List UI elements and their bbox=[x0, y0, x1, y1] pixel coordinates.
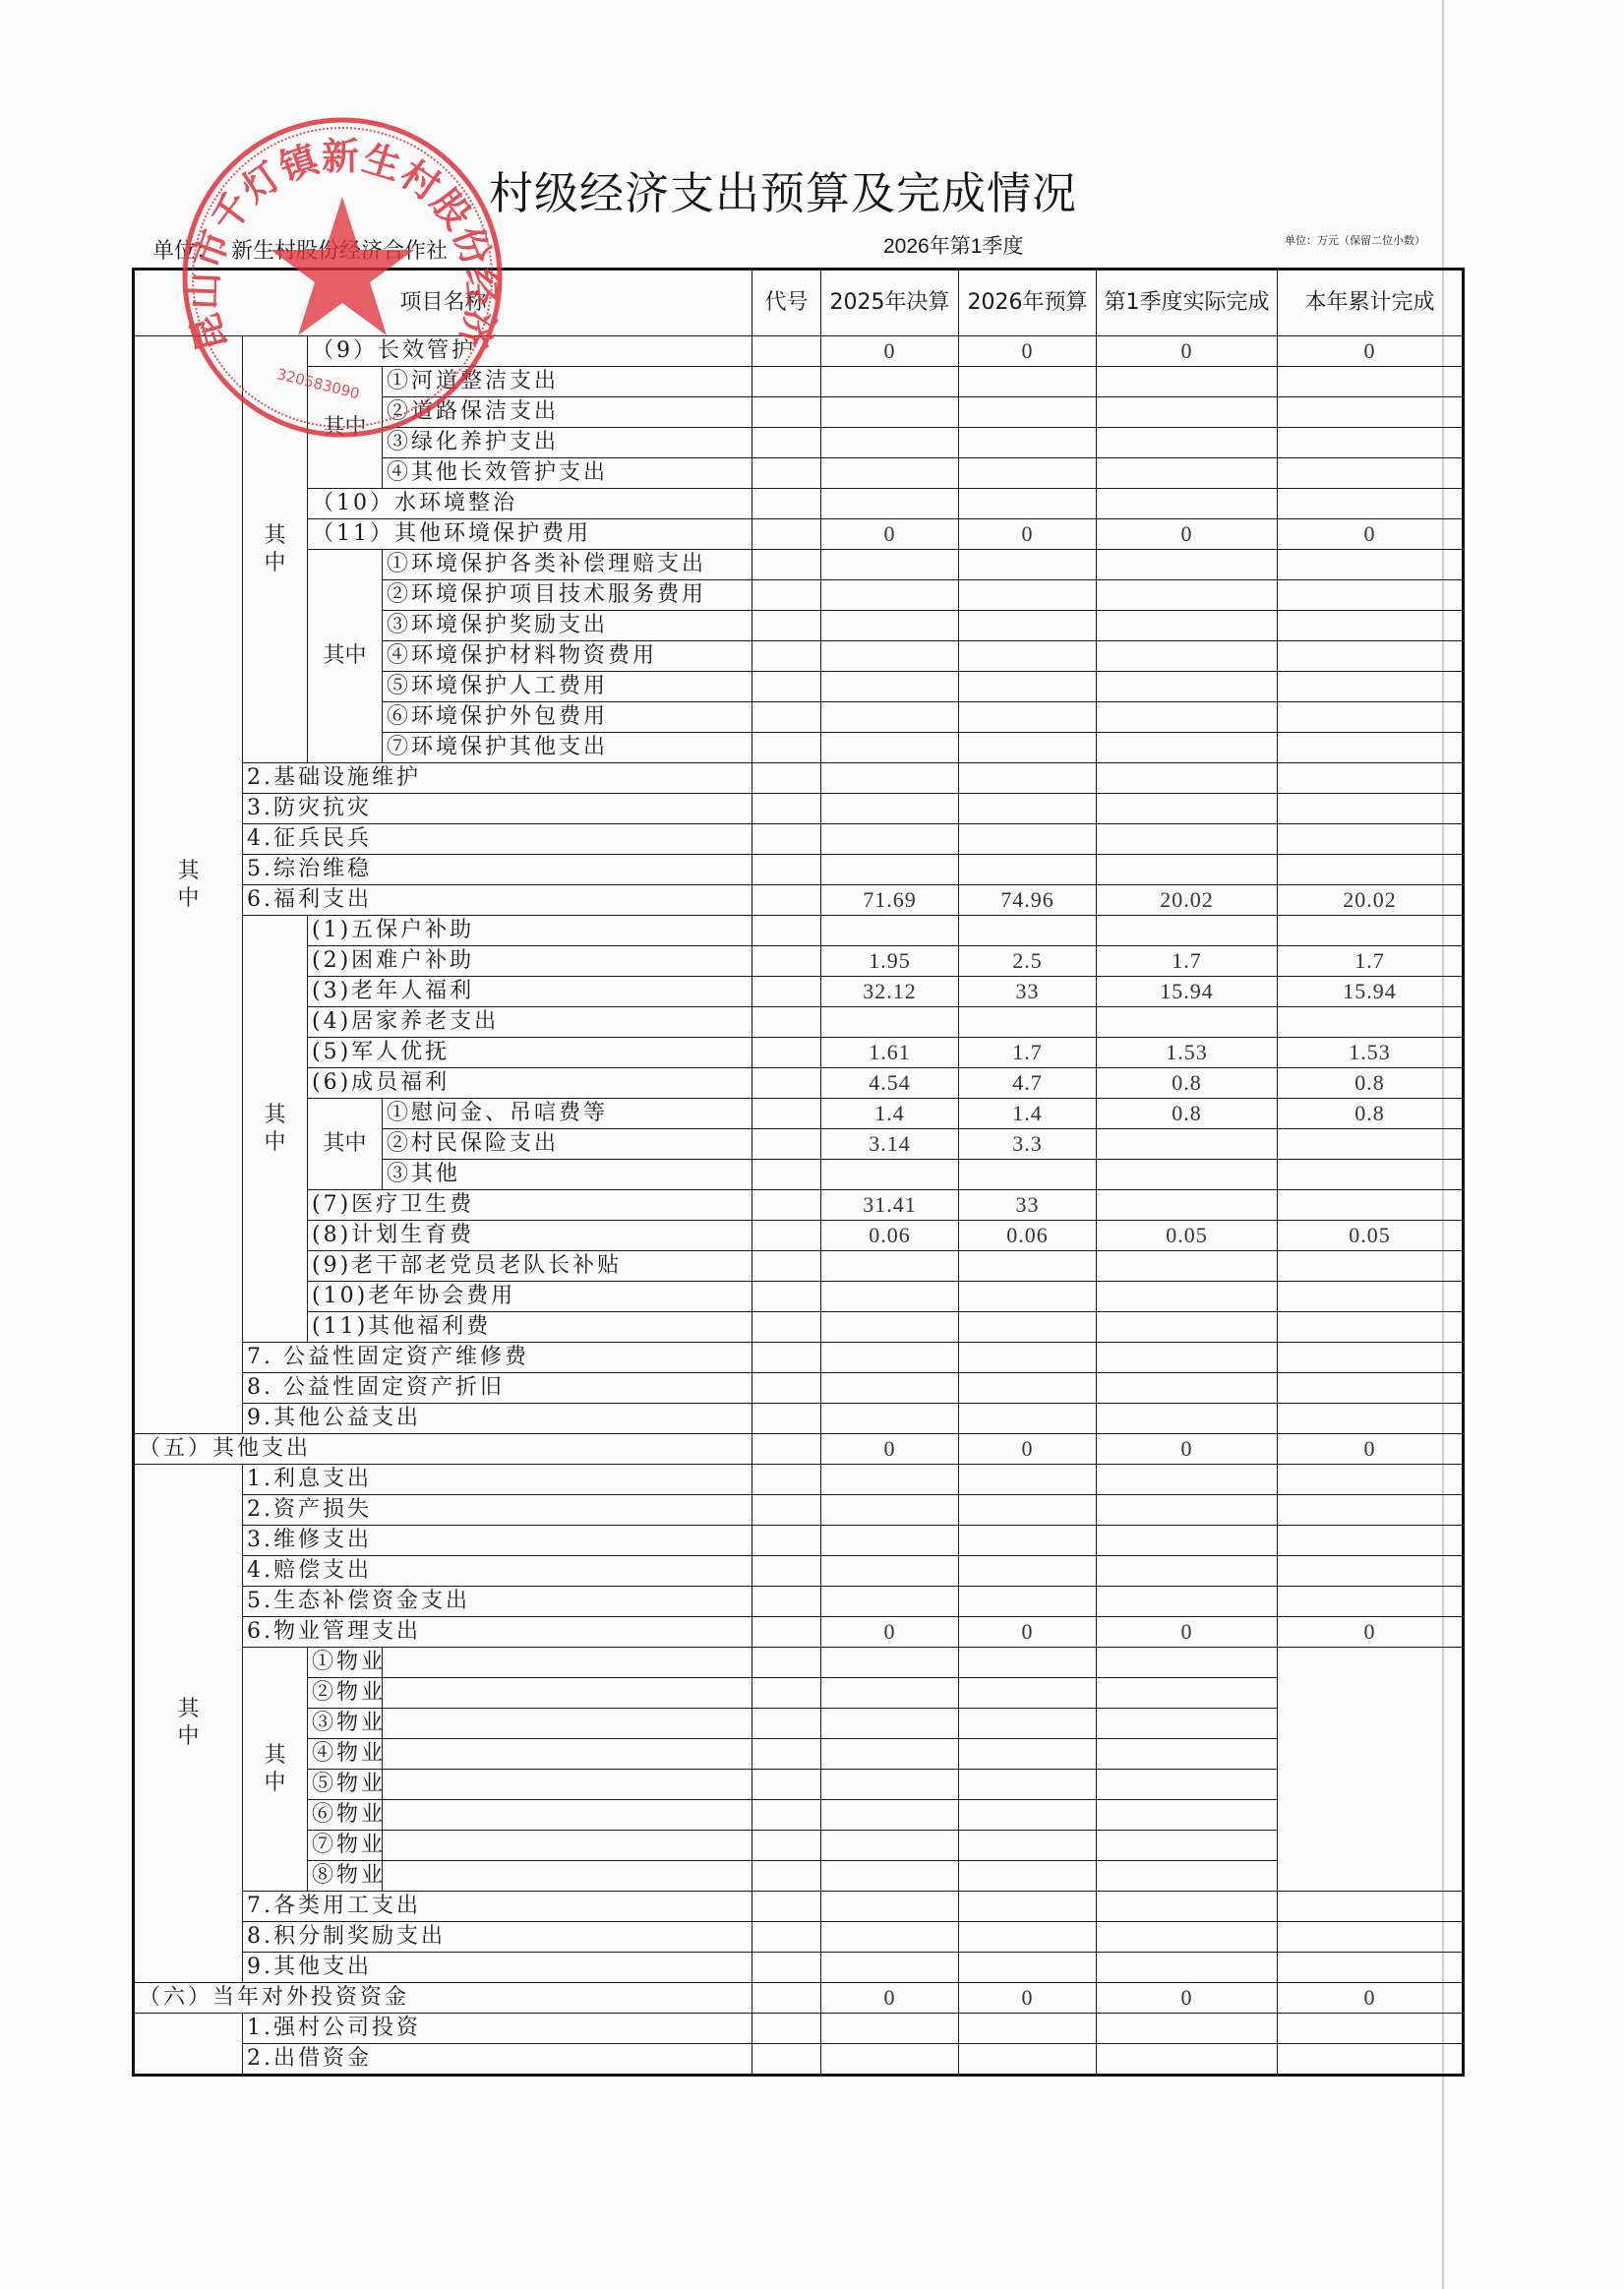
row-code bbox=[752, 702, 821, 733]
row-value-q1 bbox=[1097, 2014, 1278, 2044]
row-value-v2026 bbox=[821, 1648, 959, 1678]
row-value-v2025 bbox=[821, 672, 959, 702]
row-value-v2026 bbox=[959, 1007, 1097, 1038]
row-value-v2025: 0 bbox=[821, 1617, 959, 1648]
row-item-name: 1.强村公司投资 bbox=[243, 2014, 752, 2044]
row-value-ytd bbox=[1278, 733, 1464, 763]
row-value-v2025 bbox=[821, 1373, 959, 1404]
row-value-v2025: 1.95 bbox=[821, 946, 959, 977]
table-row: 6.物业管理支出0000 bbox=[134, 1617, 1464, 1648]
row-code bbox=[752, 855, 821, 885]
row-value-v2025: 3.14 bbox=[821, 1129, 959, 1160]
row-code bbox=[752, 1556, 821, 1587]
group-label-qizhong: 其中 bbox=[243, 916, 308, 1343]
row-code bbox=[383, 1770, 752, 1800]
row-item-name: ⑦物业管理外包支出 bbox=[308, 1831, 383, 1861]
row-value-q1 bbox=[1097, 855, 1278, 885]
row-value-v2025 bbox=[821, 1007, 959, 1038]
row-value-v2025: 32.12 bbox=[821, 977, 959, 1007]
row-code bbox=[752, 977, 821, 1007]
row-value-ytd bbox=[1278, 2044, 1464, 2076]
row-value-v2026: 33 bbox=[959, 977, 1097, 1007]
row-value-ytd bbox=[1278, 1526, 1464, 1556]
table-row: 其中①环境保护各类补偿理赔支出 bbox=[134, 550, 1464, 580]
row-value-v2025 bbox=[752, 1648, 821, 1678]
row-value-v2026 bbox=[959, 855, 1097, 885]
row-value-ytd: 1.53 bbox=[1278, 1038, 1464, 1068]
row-code bbox=[752, 1434, 821, 1465]
row-code bbox=[752, 367, 821, 397]
row-value-v2025 bbox=[821, 1160, 959, 1190]
row-value-v2025 bbox=[821, 1282, 959, 1312]
table-row: 1.强村公司投资 bbox=[134, 2014, 1464, 2044]
row-value-q1 bbox=[1097, 1404, 1278, 1434]
row-value-q1 bbox=[1097, 1526, 1278, 1556]
row-value-q1 bbox=[1097, 611, 1278, 641]
row-value-q1: 0.8 bbox=[1097, 1068, 1278, 1099]
row-value-q1 bbox=[1097, 916, 1278, 946]
row-item-name: ①物业水费支出 bbox=[308, 1648, 383, 1678]
group-label-qizhong: 其中 bbox=[243, 1648, 308, 1892]
row-value-v2026 bbox=[959, 1526, 1097, 1556]
row-value-v2025 bbox=[821, 1251, 959, 1282]
row-value-q1: 0 bbox=[1097, 1434, 1278, 1465]
row-code bbox=[752, 336, 821, 367]
row-value-q1 bbox=[959, 1800, 1097, 1831]
row-value-ytd bbox=[1097, 1861, 1278, 1892]
row-value-ytd bbox=[1278, 397, 1464, 428]
row-value-v2025: 0 bbox=[821, 1434, 959, 1465]
row-item-name: 4.赔偿支出 bbox=[243, 1556, 752, 1587]
row-value-v2026 bbox=[959, 1160, 1097, 1190]
row-value-q1 bbox=[1097, 1465, 1278, 1495]
row-value-ytd bbox=[1278, 428, 1464, 458]
table-row: 6.福利支出71.6974.9620.0220.02 bbox=[134, 885, 1464, 916]
table-row: 其中其中（9）长效管护0000 bbox=[134, 336, 1464, 367]
row-value-ytd: 1.7 bbox=[1278, 946, 1464, 977]
row-value-v2025 bbox=[821, 580, 959, 611]
table-row: 4.赔偿支出 bbox=[134, 1556, 1464, 1587]
row-value-ytd bbox=[1278, 1312, 1464, 1343]
row-item-name: (2)困难户补助 bbox=[308, 946, 752, 977]
row-item-name: ①环境保护各类补偿理赔支出 bbox=[383, 550, 752, 580]
row-code bbox=[752, 1282, 821, 1312]
row-value-ytd bbox=[1278, 824, 1464, 855]
row-item-name: ④其他长效管护支出 bbox=[383, 458, 752, 489]
row-item-name: (1)五保户补助 bbox=[308, 916, 752, 946]
row-value-v2025 bbox=[821, 641, 959, 672]
row-code bbox=[752, 1922, 821, 1953]
row-code bbox=[752, 397, 821, 428]
row-value-v2026 bbox=[959, 916, 1097, 946]
row-value-v2025 bbox=[821, 733, 959, 763]
row-value-q1 bbox=[1097, 672, 1278, 702]
row-value-v2025: 0.06 bbox=[821, 1221, 959, 1251]
row-code bbox=[752, 1404, 821, 1434]
row-value-q1 bbox=[1097, 763, 1278, 794]
row-code bbox=[752, 1221, 821, 1251]
row-value-ytd: 15.94 bbox=[1278, 977, 1464, 1007]
row-item-name: (6)成员福利 bbox=[308, 1068, 752, 1099]
row-value-ytd: 0.8 bbox=[1278, 1099, 1464, 1129]
expenditure-table: 项目名称 代号 2025年决算 2026年预算 第1季度实际完成 本年累计完成 … bbox=[132, 268, 1465, 2077]
row-value-v2025: 71.69 bbox=[821, 885, 959, 916]
row-value-q1 bbox=[959, 1861, 1097, 1892]
row-value-q1: 0 bbox=[1097, 336, 1278, 367]
row-value-v2025 bbox=[821, 2044, 959, 2076]
row-code bbox=[752, 1983, 821, 2014]
row-code bbox=[383, 1678, 752, 1709]
row-code bbox=[752, 641, 821, 672]
unit-label: 单位： bbox=[152, 239, 217, 264]
row-value-ytd: 0 bbox=[1278, 519, 1464, 550]
row-value-v2026 bbox=[959, 2014, 1097, 2044]
row-code bbox=[752, 916, 821, 946]
header-q1-actual: 第1季度实际完成 bbox=[1097, 270, 1278, 336]
row-item-name: (3)老年人福利 bbox=[308, 977, 752, 1007]
table-row: （五）其他支出0000 bbox=[134, 1434, 1464, 1465]
row-value-ytd bbox=[1278, 794, 1464, 824]
row-value-q1 bbox=[959, 1739, 1097, 1770]
row-value-ytd bbox=[1097, 1770, 1278, 1800]
table-row: (10)老年协会费用 bbox=[134, 1282, 1464, 1312]
row-item-name: ①慰问金、吊唁费等 bbox=[383, 1099, 752, 1129]
row-item-name: ③物业管理人员报酬支出 bbox=[308, 1709, 383, 1739]
row-item-name: ⑥环境保护外包费用 bbox=[383, 702, 752, 733]
row-value-q1: 15.94 bbox=[1097, 977, 1278, 1007]
row-item-name: 5.综治维稳 bbox=[243, 855, 752, 885]
row-value-v2025 bbox=[821, 1465, 959, 1495]
row-item-name: 7.各类用工支出 bbox=[243, 1892, 752, 1922]
currency-note: 单位：万元（保留二位小数） bbox=[1285, 232, 1425, 248]
row-value-q1 bbox=[1097, 1892, 1278, 1922]
row-code bbox=[752, 1038, 821, 1068]
row-item-name: ③绿化养护支出 bbox=[383, 428, 752, 458]
row-code bbox=[752, 1373, 821, 1404]
row-code bbox=[752, 489, 821, 519]
row-value-ytd bbox=[1278, 1343, 1464, 1373]
row-value-v2025 bbox=[752, 1800, 821, 1831]
row-value-q1 bbox=[1097, 397, 1278, 428]
table-header-row: 项目名称 代号 2025年决算 2026年预算 第1季度实际完成 本年累计完成 bbox=[134, 270, 1464, 336]
row-value-v2026 bbox=[959, 733, 1097, 763]
row-value-v2025 bbox=[821, 458, 959, 489]
row-item-name: 1.利息支出 bbox=[243, 1465, 752, 1495]
row-value-q1 bbox=[1097, 1007, 1278, 1038]
row-value-v2025 bbox=[821, 1892, 959, 1922]
row-value-v2025 bbox=[752, 1861, 821, 1892]
row-code bbox=[752, 1068, 821, 1099]
row-value-q1 bbox=[1097, 1160, 1278, 1190]
row-value-q1: 0.8 bbox=[1097, 1099, 1278, 1129]
group-label-qizhong: 其中 bbox=[243, 336, 308, 763]
row-value-v2026: 33 bbox=[959, 1190, 1097, 1221]
row-value-ytd: 0 bbox=[1278, 336, 1464, 367]
row-value-v2026 bbox=[959, 1465, 1097, 1495]
row-item-name: ⑤环境保护人工费用 bbox=[383, 672, 752, 702]
row-value-v2026 bbox=[959, 702, 1097, 733]
row-value-v2025 bbox=[821, 1922, 959, 1953]
row-code bbox=[752, 1190, 821, 1221]
row-item-name: （11）其他环境保护费用 bbox=[308, 519, 752, 550]
row-value-v2025 bbox=[821, 428, 959, 458]
row-code bbox=[383, 1831, 752, 1861]
row-value-v2026 bbox=[959, 397, 1097, 428]
row-value-ytd: 0 bbox=[1278, 1617, 1464, 1648]
row-code bbox=[752, 1465, 821, 1495]
table-row: 7.各类用工支出 bbox=[134, 1892, 1464, 1922]
row-value-v2025 bbox=[821, 1526, 959, 1556]
row-code bbox=[752, 428, 821, 458]
row-value-ytd bbox=[1278, 1922, 1464, 1953]
row-value-v2026: 0.06 bbox=[959, 1221, 1097, 1251]
table-row: ⑧物业其他支出 bbox=[134, 1861, 1464, 1892]
group-label-qizhong: 其中 bbox=[308, 550, 383, 763]
row-value-ytd bbox=[1278, 580, 1464, 611]
header-2025-final: 2025年决算 bbox=[821, 270, 959, 336]
unit-name: 新生村股份经济合作社 bbox=[231, 239, 448, 264]
table-row: 其中(1)五保户补助 bbox=[134, 916, 1464, 946]
reporting-unit: 单位：新生村股份经济合作社 bbox=[152, 234, 448, 265]
row-item-name: 3.防灾抗灾 bbox=[243, 794, 752, 824]
row-value-ytd bbox=[1097, 1800, 1278, 1831]
table-row: （六）当年对外投资资金0000 bbox=[134, 1983, 1464, 2014]
row-code bbox=[752, 1099, 821, 1129]
row-item-name: 2.资产损失 bbox=[243, 1495, 752, 1526]
table-row: ⑤物业清运保洁人工费用 bbox=[134, 1770, 1464, 1800]
row-value-v2026 bbox=[959, 367, 1097, 397]
row-code bbox=[752, 885, 821, 916]
row-value-v2025 bbox=[752, 1709, 821, 1739]
row-value-v2025 bbox=[821, 397, 959, 428]
row-value-q1 bbox=[959, 1831, 1097, 1861]
row-value-q1 bbox=[1097, 1556, 1278, 1587]
row-value-v2025 bbox=[821, 367, 959, 397]
row-value-v2026: 0 bbox=[959, 1434, 1097, 1465]
row-code bbox=[752, 2014, 821, 2044]
table-row: (2)困难户补助1.952.51.71.7 bbox=[134, 946, 1464, 977]
row-value-ytd bbox=[1278, 1892, 1464, 1922]
row-code bbox=[752, 824, 821, 855]
row-value-ytd: 0.05 bbox=[1278, 1221, 1464, 1251]
row-item-name: 6.物业管理支出 bbox=[243, 1617, 752, 1648]
row-value-q1 bbox=[1097, 428, 1278, 458]
row-value-v2026 bbox=[821, 1709, 959, 1739]
row-value-ytd bbox=[1278, 916, 1464, 946]
table-row: (4)居家养老支出 bbox=[134, 1007, 1464, 1038]
row-value-v2026: 0 bbox=[959, 1983, 1097, 2014]
row-value-ytd bbox=[1278, 1251, 1464, 1282]
row-item-name: 8. 公益性固定资产折旧 bbox=[243, 1373, 752, 1404]
row-value-v2026 bbox=[959, 763, 1097, 794]
row-value-ytd bbox=[1278, 672, 1464, 702]
row-value-v2026 bbox=[821, 1770, 959, 1800]
table-row: 2.出借资金 bbox=[134, 2044, 1464, 2076]
row-value-v2025: 1.61 bbox=[821, 1038, 959, 1068]
row-code bbox=[752, 580, 821, 611]
row-item-name: (10)老年协会费用 bbox=[308, 1282, 752, 1312]
row-value-q1 bbox=[1097, 1251, 1278, 1282]
row-code bbox=[383, 1800, 752, 1831]
row-value-v2026 bbox=[959, 611, 1097, 641]
row-item-name: (8)计划生育费 bbox=[308, 1221, 752, 1251]
row-code bbox=[752, 519, 821, 550]
row-value-v2025 bbox=[821, 1312, 959, 1343]
row-code bbox=[752, 763, 821, 794]
row-value-v2025 bbox=[821, 1556, 959, 1587]
row-value-v2026 bbox=[959, 1312, 1097, 1343]
row-value-v2026: 1.7 bbox=[959, 1038, 1097, 1068]
row-value-ytd bbox=[1278, 611, 1464, 641]
group-label-qizhong: 其中 bbox=[134, 1465, 243, 1983]
row-value-v2025 bbox=[821, 2014, 959, 2044]
row-value-q1 bbox=[1097, 702, 1278, 733]
table-row: 其中①河道整洁支出 bbox=[134, 367, 1464, 397]
row-value-v2026: 1.4 bbox=[959, 1099, 1097, 1129]
row-item-name: 4.征兵民兵 bbox=[243, 824, 752, 855]
table-row: (5)军人优抚1.611.71.531.53 bbox=[134, 1038, 1464, 1068]
row-value-ytd bbox=[1278, 1190, 1464, 1221]
row-value-v2025 bbox=[821, 794, 959, 824]
row-item-name: ⑤物业清运保洁人工费用 bbox=[308, 1770, 383, 1800]
row-value-v2025 bbox=[821, 1404, 959, 1434]
row-value-v2025 bbox=[752, 1770, 821, 1800]
row-code bbox=[752, 1495, 821, 1526]
row-value-q1 bbox=[1097, 2044, 1278, 2076]
table-row: (7)医疗卫生费31.4133 bbox=[134, 1190, 1464, 1221]
row-item-name: ③其他 bbox=[383, 1160, 752, 1190]
row-value-v2025: 0 bbox=[821, 336, 959, 367]
row-code bbox=[752, 2044, 821, 2076]
row-value-v2026 bbox=[959, 824, 1097, 855]
row-value-ytd bbox=[1278, 1373, 1464, 1404]
row-item-name: （五）其他支出 bbox=[134, 1434, 752, 1465]
row-value-q1 bbox=[1097, 824, 1278, 855]
reporting-period: 2026年第1季度 bbox=[883, 230, 1023, 260]
row-value-v2026 bbox=[959, 458, 1097, 489]
table-row: ⑦物业管理外包支出 bbox=[134, 1831, 1464, 1861]
row-value-v2026: 3.3 bbox=[959, 1129, 1097, 1160]
row-item-name: ⑥物业项目技术服务费用 bbox=[308, 1800, 383, 1831]
header-code: 代号 bbox=[752, 270, 821, 336]
table-row: 其中①慰问金、吊唁费等1.41.40.80.8 bbox=[134, 1099, 1464, 1129]
row-item-name: 6.福利支出 bbox=[243, 885, 752, 916]
row-code bbox=[752, 1251, 821, 1282]
row-value-v2025: 31.41 bbox=[821, 1190, 959, 1221]
row-value-ytd bbox=[1278, 458, 1464, 489]
row-value-q1 bbox=[1097, 489, 1278, 519]
table-row: 4.征兵民兵 bbox=[134, 824, 1464, 855]
row-value-ytd bbox=[1097, 1648, 1278, 1678]
row-value-q1: 1.7 bbox=[1097, 946, 1278, 977]
row-code bbox=[752, 946, 821, 977]
row-item-name: ②村民保险支出 bbox=[383, 1129, 752, 1160]
row-value-v2025 bbox=[821, 702, 959, 733]
table-row: ⑥物业项目技术服务费用 bbox=[134, 1800, 1464, 1831]
row-code bbox=[752, 794, 821, 824]
row-value-ytd bbox=[1278, 1282, 1464, 1312]
row-item-name: 3.维修支出 bbox=[243, 1526, 752, 1556]
row-value-q1: 0.05 bbox=[1097, 1221, 1278, 1251]
row-value-v2026 bbox=[959, 1282, 1097, 1312]
row-value-q1 bbox=[1097, 1953, 1278, 1983]
row-value-q1 bbox=[1097, 1495, 1278, 1526]
row-value-v2026 bbox=[959, 641, 1097, 672]
row-value-q1 bbox=[1097, 458, 1278, 489]
row-code bbox=[383, 1739, 752, 1770]
row-value-ytd bbox=[1278, 763, 1464, 794]
row-value-v2026 bbox=[959, 1343, 1097, 1373]
row-value-ytd bbox=[1278, 367, 1464, 397]
row-item-name: ②物业电费支出 bbox=[308, 1678, 383, 1709]
row-value-v2025 bbox=[752, 1678, 821, 1709]
table-row: 3.维修支出 bbox=[134, 1526, 1464, 1556]
table-row: 其中①物业水费支出 bbox=[134, 1648, 1464, 1678]
row-item-name: ④环境保护材料物资费用 bbox=[383, 641, 752, 672]
row-value-v2025 bbox=[821, 1343, 959, 1373]
group-label-qizhong: 其中 bbox=[134, 336, 243, 1434]
table-row: 2.基础设施维护 bbox=[134, 763, 1464, 794]
row-value-v2026 bbox=[821, 1831, 959, 1861]
row-item-name: ②环境保护项目技术服务费用 bbox=[383, 580, 752, 611]
row-value-v2026 bbox=[959, 1892, 1097, 1922]
row-value-ytd bbox=[1278, 1160, 1464, 1190]
row-item-name: 5.生态补偿资金支出 bbox=[243, 1587, 752, 1617]
row-value-v2026 bbox=[959, 1922, 1097, 1953]
row-value-q1 bbox=[1097, 1312, 1278, 1343]
row-code bbox=[752, 1617, 821, 1648]
row-code bbox=[752, 733, 821, 763]
row-value-ytd bbox=[1278, 641, 1464, 672]
row-value-ytd bbox=[1278, 702, 1464, 733]
row-value-q1 bbox=[1097, 1373, 1278, 1404]
row-item-name: ③环境保护奖励支出 bbox=[383, 611, 752, 641]
row-value-v2025 bbox=[821, 550, 959, 580]
row-code bbox=[752, 611, 821, 641]
row-value-v2026 bbox=[821, 1739, 959, 1770]
row-code bbox=[752, 1587, 821, 1617]
row-value-v2025 bbox=[821, 855, 959, 885]
row-value-v2025 bbox=[821, 489, 959, 519]
table-row: 其中1.利息支出 bbox=[134, 1465, 1464, 1495]
row-code bbox=[383, 1648, 752, 1678]
row-value-v2025 bbox=[821, 1587, 959, 1617]
row-item-name: (11)其他福利费 bbox=[308, 1312, 752, 1343]
row-value-ytd bbox=[1278, 1953, 1464, 1983]
row-value-v2026: 0 bbox=[959, 519, 1097, 550]
row-value-v2025 bbox=[821, 1495, 959, 1526]
table-row: 8.积分制奖励支出 bbox=[134, 1922, 1464, 1953]
row-value-v2026 bbox=[959, 1556, 1097, 1587]
table-row: 9.其他公益支出 bbox=[134, 1404, 1464, 1434]
row-value-q1 bbox=[959, 1678, 1097, 1709]
row-value-v2025: 0 bbox=[821, 1983, 959, 2014]
row-value-q1: 0 bbox=[1097, 1983, 1278, 2014]
row-value-q1 bbox=[1097, 1190, 1278, 1221]
row-value-q1 bbox=[959, 1709, 1097, 1739]
table-row: 7. 公益性固定资产维修费 bbox=[134, 1343, 1464, 1373]
row-value-v2026 bbox=[959, 2044, 1097, 2076]
table-row: （10）水环境整治 bbox=[134, 489, 1464, 519]
row-item-name: ①河道整洁支出 bbox=[383, 367, 752, 397]
row-value-v2025: 1.4 bbox=[821, 1099, 959, 1129]
row-value-v2025 bbox=[821, 611, 959, 641]
row-value-ytd: 20.02 bbox=[1278, 885, 1464, 916]
row-item-name: ⑦环境保护其他支出 bbox=[383, 733, 752, 763]
row-item-name: ⑧物业其他支出 bbox=[308, 1861, 383, 1892]
row-value-ytd bbox=[1278, 550, 1464, 580]
row-value-q1 bbox=[959, 1770, 1097, 1800]
